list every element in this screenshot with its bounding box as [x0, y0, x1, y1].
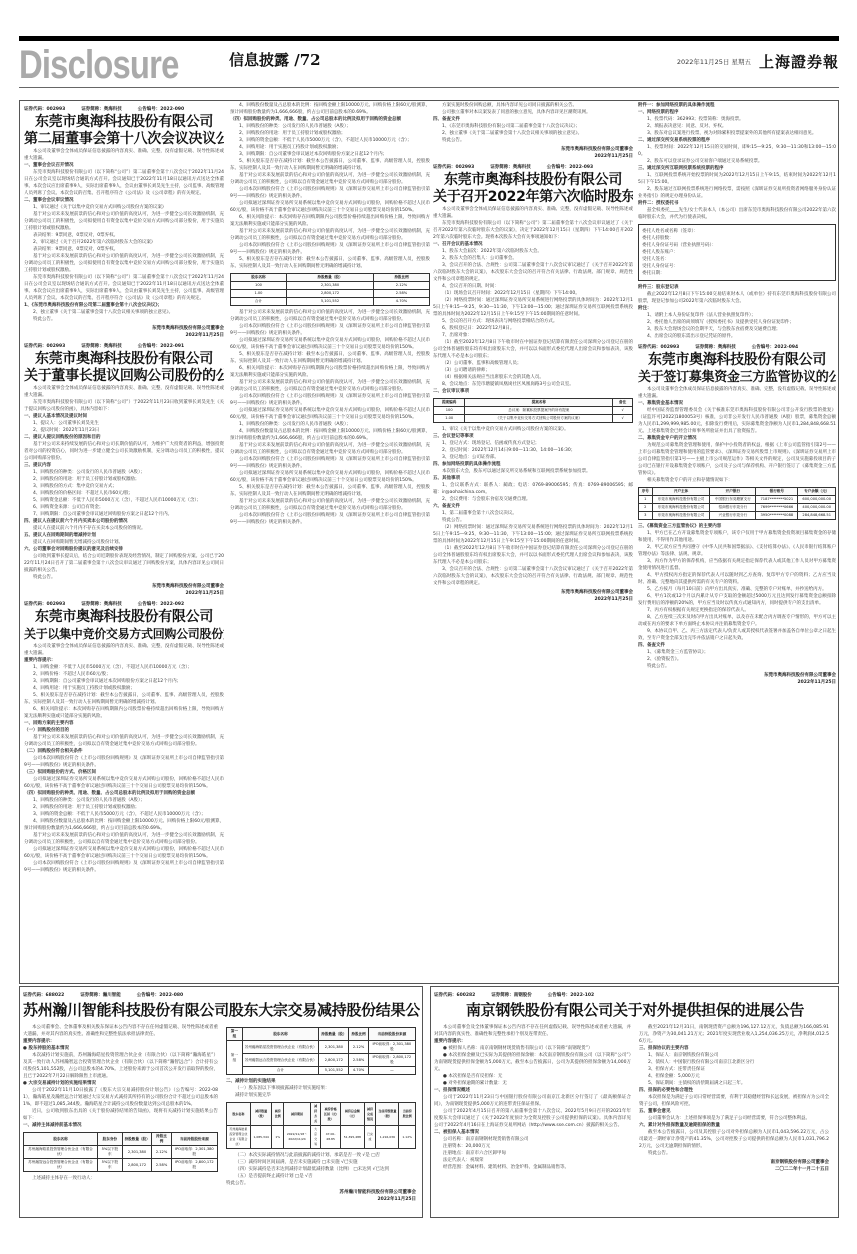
paragraph: 特此公告。 [639, 1150, 829, 1157]
paragraph: 1、互联网投票系统开始投票的时间为2022年12月15日上午9:15，结束时间为… [638, 172, 836, 186]
table-cell: 7699********0666 [756, 504, 798, 512]
form-field: 委托日期： [642, 270, 832, 277]
column-4: 附件一：参加网络投票的具体操作流程 一、网络投票的程序 1、投票代码：36299… [638, 102, 836, 980]
paragraph: 公司拟通过深圳证券交易所交易系统以集中竞价交易方式回购公司股份，回购价格不超过人… [230, 200, 430, 214]
paragraph: 本公司董事会、全体董事及相关股东保证本公告内容不存在任何虚假记载、误导性陈述或者… [23, 1024, 218, 1038]
announcement-no: 公告编号：2022-090 [138, 106, 184, 112]
table-cell: 招商银行东莞分行 [710, 504, 756, 512]
paragraph: 1、《募集资金三方监管协议》； [638, 649, 836, 656]
table-header: 提案名称 [465, 399, 613, 407]
announcement-body: 二、减持计划的实施结果 （一）股东因以下事项披露减持计划实施结果： 减持计划实施… [226, 1078, 416, 1099]
section-heading: 附件三：股东登记表 [638, 284, 836, 291]
section-heading: 重要内容提示： [434, 1038, 631, 1045]
table-cell: 东莞市奥海科技股份有限公司 [652, 496, 710, 504]
paragraph: 相关募集资金专户的开立和存储情况如下： [638, 477, 836, 484]
announcement-meta: 证券代码：002993 证券简称：奥海科技 公告编号：2022-094 [638, 344, 836, 350]
table-cell: IPO前取得：2,301,380股 [368, 1041, 415, 1054]
paragraph: 2、股东可以登录证券公司交易客户端通过交易系统投票。 [638, 158, 836, 165]
table-cell: 1,216,036 [376, 1126, 399, 1149]
section-heading: 四、参加网络投票的具体操作流程 [433, 461, 633, 468]
paragraph: 本公司及董事会全体成员保证信息披露的内容真实、准确、完整，没有虚假记载、误导性陈… [24, 148, 224, 162]
form-field: 委托人股东账户： [642, 249, 832, 256]
paragraph: 1、回购股份的种类：公司发行的人民币普通股（A股）； [24, 797, 224, 804]
table-header: 股东名称 [24, 1133, 98, 1146]
section-heading: 二、会议审议事项 [433, 388, 633, 395]
masthead: Disclosure 信息披露 /72 2022年11月25日 星期五 上海證券… [19, 41, 839, 87]
section-title: 信息披露 /72 [229, 49, 321, 70]
table-header: 减持完成情况 [364, 1103, 376, 1126]
paragraph: 6、相关风险提示：本次回购存在回购期限内公司股票价格持续超出回购价格上限，导致回… [230, 214, 430, 228]
paragraph: 2、回购股份的用途：用于员工持股计划或股权激励； [24, 804, 224, 811]
paragraph: 兹全权委托____先生/女士代表本人（本公司）出席东莞市奥海科技股份有限公司20… [638, 207, 836, 221]
concert-party-table: 第一组 股东名称 持股数量（股） 持股比例 当前持股股份来源 第一组 苏州瀚海皓… [226, 1027, 416, 1075]
section-heading: 六、累计对外担保数量及逾期担保的数量 [639, 1122, 829, 1129]
paragraph: 基于对公司未来发展前景的信心和对公司价值的高度认可，为进一步健全公司长效激励机制… [230, 309, 430, 323]
paragraph: 8、会议地点：东莞市塘厦镇凤凰岗社区凤凰岗路3号公司会议室。 [433, 381, 633, 388]
section-heading: 二、通过深交所交易系统投票的程序 [638, 137, 836, 144]
paragraph: 为规范公司募集资金管理和使用，保护中小投资者的权益，根据《上市公司监管指引第2号… [638, 442, 836, 477]
paragraph: 本公司及董事会全体成员保证信息披露的内容真实、准确、完整，没有虚假记载、误导性陈… [433, 206, 633, 220]
paragraph: 本公司董事会及全体董事保证本公告内容不存在任何虚假记载、误导性陈述或者重大遗漏，… [434, 1024, 631, 1038]
table-cell: 47.00-48.85 [321, 1126, 341, 1149]
table-cell: 100 [434, 407, 465, 415]
paragraph: 表决结果：9票同意，0票反对，0票弃权。 [24, 246, 224, 253]
stock-code: 证券代码：002993 [24, 343, 65, 349]
announcement-body: 本公司及董事会全体成员保证信息披露的内容真实、准确、完整，没有虚假记载、误导性陈… [433, 206, 633, 395]
announcement-hanchuan: 证券代码：688022 证券简称：瀚川智能 公告编号：2022-080 苏州瀚川… [23, 988, 420, 1216]
table-row: 3 东莞市奥海科技股份有限公司 兴业银行东莞分行 3950********008… [639, 512, 836, 520]
table-row: 合计 5,101,552 4.70% — [227, 1067, 416, 1075]
announcement-meta: 证券代码：688022 证券简称：瀚川智能 公告编号：2022-080 [23, 992, 420, 998]
announcement-no: 公告编号：2022-093 [547, 164, 593, 170]
right-subcolumn: 截至2021年12月31日，南钢现货资产总额为196,127.12万元，负债总额… [639, 1024, 829, 1173]
stock-code: 证券代码：002993 [433, 164, 474, 170]
paragraph: 6、相关风险提示：本次回购存在回购期限内公司股票价格持续超出回购价格上限，导致回… [24, 706, 224, 720]
stock-abbr: 证券简称：奥海科技 [81, 601, 122, 607]
signature-org: 苏州瀚川智能科技股份有限公司董事会 [226, 1189, 416, 1196]
section-heading: 一、董事会会议召开情况 [24, 162, 224, 169]
table-cell: 中国银行东莞塘厦支行 [710, 496, 756, 504]
announcement-title-line: 第二届董事会第十八次会议决议公告 [24, 131, 224, 148]
right-subcolumn: 第一组 股东名称 持股数量（股） 持股比例 当前持股股份来源 第一组 苏州瀚海皓… [226, 1024, 416, 1203]
share-structure-table: 股东名称 持股数量（股） 持股比例 1002,301,3802.12% 1.00… [230, 273, 430, 306]
table-row: 苏州瀚海皓星投资管理合伙企业（有限合伙） 1,085,344 1% 2022/1… [227, 1126, 416, 1149]
section-heading: 二、募集资金专户的开立情况 [638, 435, 836, 442]
stock-abbr: 证券简称：奥海科技 [81, 106, 122, 112]
table-cell: 第一组 [227, 1041, 243, 1075]
announcement-no: 公告编号：2022-102 [548, 992, 594, 998]
paragraph: 4、担保金额：5,000万元 [639, 1073, 829, 1080]
table-cell: 2022/11/18～2022/11/24 [283, 1126, 310, 1149]
paragraph: 减持计划实施完毕 [226, 1092, 416, 1099]
paragraph: 2、股东通过互联网投票系统进行网络投票，需按照《深圳证券交易所投资者网络服务身份… [638, 186, 836, 200]
section-heading: 五、其他事项 [433, 475, 633, 482]
table-header: 股东名称 [231, 274, 287, 282]
paragraph: 经营范围：金属材料、建筑材料、冶金炉料、金属制品销售等。 [434, 1164, 631, 1171]
announcement-body: 本公司及董事会全体成员保证信息披露的内容真实、准确、完整，没有虚假记载、误导性陈… [24, 643, 224, 874]
table-row: 1.002,800,1722.58% [231, 290, 430, 298]
table-cell: 1.00 [231, 290, 287, 298]
table-header: 减持价格区间（元/股） [321, 1103, 341, 1126]
paragraph: 2、债权人：中国银行股份有限公司南京江北新区分行 [639, 1059, 829, 1066]
table-cell: 东莞市奥海科技股份有限公司 [652, 504, 710, 512]
stock-abbr: 证券简称：奥海科技 [490, 164, 531, 170]
section-heading: 四、备查文件 [433, 116, 633, 123]
section-heading: 五、提议人在回购期间的增减持计划 [24, 532, 224, 539]
paragraph: 基于对公司未来持续发展的信心和对公司长期价值的认可，为维护广大投资者的利益，增强… [24, 441, 224, 462]
table-header: 序号 [639, 488, 653, 496]
paragraph: 2、回购价格：不超过人民币60元/股； [24, 671, 224, 678]
paragraph: 1、股东大会届次：2022年第六次临时股东大会。 [433, 248, 633, 255]
paragraph: 7、回购期限：自公司董事会审议通过回购股份方案之日起12个月内。 [24, 511, 224, 518]
table-header: 减持数量（股） [250, 1103, 272, 1126]
signature: 东莞市奥海科技股份有限公司董事会 2022年11月25日 [24, 325, 224, 339]
paragraph: 公司拟通过深圳证券交易所交易系统以集中竞价交易方式回购公司股份，回购价格不超过人… [24, 846, 224, 860]
paragraph: 4、回购股份的价格区间：不超过人民币60元/股； [24, 490, 224, 497]
announcement-meta: 证券代码：600282 证券简称：南钢股份 公告编号：2022-102 [434, 992, 836, 998]
paragraph: ● 本次担保是否有反担保：无 [434, 1073, 631, 1080]
table-cell: 1,085,344 [250, 1126, 272, 1149]
table-header: 当前持股股份来源 [171, 1133, 217, 1146]
table-header: 减持方式 [311, 1103, 321, 1126]
paragraph: 公司拟通过深圳证券交易所交易系统以集中竞价交易方式回购公司股份，回购价格不超过人… [230, 407, 430, 421]
section-heading: （二）回购股份符合相关条件 [24, 748, 224, 755]
table-cell: 苏州瀚海皓星投资管理合伙企业（有限合伙） [227, 1126, 251, 1149]
table-cell: 大宗交易 [311, 1126, 321, 1149]
paragraph: 东莞市奥海科技股份有限公司（以下简称“公司”）第二届董事会第十八次会议于2022… [24, 274, 224, 302]
table-header: 持股比例 [374, 274, 430, 282]
table-row: 第一组 苏州瀚海皓星投资管理合伙企业（有限合伙） 2,301,380 2.12%… [227, 1041, 416, 1054]
table-cell: 5,101,552 [286, 298, 373, 306]
section-heading: 四、担保的必要性和合理性 [639, 1087, 829, 1094]
proxy-form: 委托人姓名或名称（签章）： 委托人持股数： 委托人身份证号码（营业执照号码）： … [638, 224, 836, 281]
left-subcolumn: 本公司董事会及全体董事保证本公告内容不存在任何虚假记载、误导性陈述或者重大遗漏，… [434, 1024, 631, 1173]
paragraph: ● 本次担保金额及已实际为其提供的担保余额：本次南京钢铁股份有限公司（以下简称“… [434, 1052, 631, 1073]
column-3: 方案实施时股份回购总额，具体内容详见公司同日披露的相关公告。 公司独立董事对本议… [433, 102, 633, 980]
escrow-account-table: 序号 开户主体 开户银行 银行账号 专户余额（元） 1 东莞市奥海科技股份有限公… [638, 487, 836, 520]
paragraph: 2、回购股份的用途：用于员工持股计划或股权激励； [24, 476, 224, 483]
paragraph: 公司本次回购股份符合《上市公司股份回购规则》及《深圳证券交易所上市公司自律监管指… [230, 393, 430, 407]
paragraph: 6、股权登记日：2022年12月8日。 [433, 325, 633, 332]
paragraph: 公司拟通过深圳证券交易所交易系统以集中竞价交易方式回购公司股份，回购价格不超过人… [230, 470, 430, 484]
paragraph: （一）股东因以下事项披露减持计划实施结果： [226, 1085, 416, 1092]
paragraph: ● 对外担保逾期的累计数量：无 [434, 1080, 631, 1087]
announcement-title-line: 关于以集中竞价交易方式回购公司股份方案的公告 [24, 626, 224, 643]
section-heading: 一、担保情况概述 [434, 1087, 631, 1094]
paragraph: 1、登记方式：现场登记、信函或传真方式登记； [433, 440, 633, 447]
paragraph: 1、审议《关于以集中竞价交易方式回购公司股份方案的议案》。 [433, 426, 633, 433]
table-cell: 总议案：除累积投票提案外的所有提案 [465, 407, 613, 415]
table-row: 合计5,101,5524.70% [231, 298, 430, 306]
paragraph: 3、会议召开的合法、合规性：公司第二届董事会第十八次会议审议通过了《关于召开20… [433, 262, 633, 283]
section-heading: 一、募集资金基本情况 [638, 400, 836, 407]
table-header: 专户余额（元） [798, 488, 836, 496]
paragraph: 公司名称：南京南钢钢材现货销售有限公司 [434, 1136, 631, 1143]
paragraph: 基于对公司未来发展前景的信心和对公司价值的高度认可，为进一步健全公司长效激励机制… [24, 734, 224, 748]
announcement-body: 本公司董事会、全体董事及相关股东保证本公告内容不存在任何虚假记载、误导性陈述或者… [23, 1024, 218, 1129]
section-heading: 一、召开会议的基本情况 [433, 241, 633, 248]
announcement-meta: 证券代码：002993 证券简称：奥海科技 公告编号：2022-090 [24, 106, 224, 112]
table-cell: 7187********5021 [756, 496, 798, 504]
paragraph: 1、第二届董事会第十八次会议决议。 [433, 510, 633, 517]
table-cell: 已完成 [364, 1126, 376, 1149]
paragraph: 2、甲乙双方应当共同遵守《中华人民共和国票据法》、《支付结算办法》、《人民币银行… [638, 544, 836, 558]
paragraph: 公司收到董事长提议后，结合公司近期股价表现及经营情况，制定了回购股份方案。公司已… [24, 553, 224, 574]
left-subcolumn: 本公司董事会、全体董事及相关股东保证本公告内容不存在任何虚假记载、误导性陈述或者… [23, 1024, 218, 1203]
table-cell: 4.70% [349, 1067, 368, 1075]
paragraph: 4、回购股份数量及占总股本的比例：按回购金额上限10000万元、回购价格上限60… [230, 102, 430, 116]
section-heading: （三）拟回购股份的方式、价格区间 [24, 769, 224, 776]
paragraph: 提议人在回购期间暂无增减持公司股份计划。 [24, 539, 224, 546]
paragraph: 2、会议费用：与会股东食宿及交通费自理。 [433, 496, 633, 503]
paragraph: 东莞市奥海科技股份有限公司（以下简称“公司”）第二届董事会第十八次会议于2022… [24, 169, 224, 197]
table-header: 股东名称 [242, 1028, 319, 1041]
paragraph: 基于对公司未来发展前景的信心和对公司价值的高度认可，为进一步健全公司长效激励机制… [230, 228, 430, 242]
table-cell: 2.58% [349, 1054, 368, 1067]
announcement-meta: 证券代码：002993 证券简称：奥海科技 公告编号：2022-092 [24, 601, 224, 607]
table-cell: 2.58% [374, 290, 430, 298]
paragraph: 特此公告。 [226, 1180, 416, 1187]
paragraph: 1、投票代码：362993；投票简称：奥海投票。 [638, 116, 836, 123]
masthead-logo: Disclosure [19, 43, 179, 87]
table-header: 当前持股比例 [399, 1103, 416, 1126]
paragraph: （2）公司董事、监事和高级管理人员； [433, 360, 633, 367]
paragraph: 3、股东大会现场会议的会期半天，与会股东食宿费及交通费自理； [638, 326, 836, 333]
table-header: 股东名称 [227, 1103, 251, 1126]
paragraph: 1、投票时间：2022年12月15日的交易时间，即9:15—9:25，9:30—… [638, 144, 836, 158]
announcement-board-resolution: 证券代码：002993 证券简称：奥海科技 公告编号：2022-090 东莞市奥… [24, 106, 224, 339]
paragraph: （2）网络投票时间：通过深圳证券交易所交易系统进行网络投票的具体时间为：2022… [433, 297, 633, 318]
paragraph: 特此公告。 [433, 517, 633, 524]
table-cell: IPO前取得：2,800,172股 [368, 1054, 415, 1067]
paragraph: 2、填报表决意见：同意、反对、弃权。 [638, 123, 836, 130]
stock-abbr: 证券简称：南钢股份 [491, 992, 532, 998]
paragraph: 5、保证期间：主债权的清偿期届满之日起三年。 [639, 1080, 829, 1087]
paragraph: （1）现场会议召开时间：2022年12月15日（星期四）下午14:00。 [433, 290, 633, 297]
announcement-meta: 证券代码：002993 证券简称：奥海科技 公告编号：2022-093 [433, 164, 633, 170]
section-heading: 附注： [638, 305, 836, 312]
paragraph: 2、委托他人出席的尚须填写《授权委托书》及提供受托人身份证复印件； [638, 319, 836, 326]
paragraph: 2、审议通过《关于召开2022年第六次临时股东大会的议案》 [24, 239, 224, 246]
paragraph: 4、出席会议的股东需出示登记凭证的原件。 [638, 333, 836, 340]
announcement-no: 公告编号：2022-080 [137, 992, 183, 998]
table-cell: 合计 [231, 298, 287, 306]
paragraph: 7、出席对象： [433, 332, 633, 339]
announcement-no: 公告编号：2022-092 [138, 601, 184, 607]
table-cell: 苏州瀚海皓星投资管理合伙企业（有限合伙） [242, 1041, 319, 1054]
paragraph: 本次担保是为满足子公司日常经营需要，有利于其稳健经营和长远发展，被担保方为公司全… [639, 1094, 829, 1108]
table-cell: 1.12% [399, 1126, 416, 1149]
announcement-title: 南京钢铁股份有限公司关于对外提供担保的进展公告 [434, 1000, 836, 1020]
paragraph: 基于对公司未来发展前景的信心和对公司价值的高度认可，为进一步健全公司长效激励机制… [230, 172, 430, 186]
paragraph: （1）截至2022年12月8日下午收市时在中国证券登记结算有限责任公司深圳分公司… [433, 339, 633, 360]
paragraph: 1、审议通过《关于以集中竞价交易方式回购公司股份方案的议案》 [24, 204, 224, 211]
paragraph: 特此公告。 [24, 316, 224, 323]
paragraph: 2、提议时间：2022年11月23日 [24, 427, 224, 434]
paragraph: 1、保证人：南京钢铁股份有限公司 [639, 1052, 829, 1059]
announcement-body: 本公司及董事会全体成员保证信息披露的内容真实、准确、完整，没有虚假记载、误导性陈… [24, 148, 224, 323]
table-cell: 1.00 [434, 415, 465, 423]
paragraph: 1、回购股份的种类：公司发行的人民币普通股（A股）； [24, 469, 224, 476]
stock-code: 证券代码：002993 [24, 106, 65, 112]
table-cell: 2.12% [349, 1041, 368, 1054]
paragraph: （三）减持时间区间届满，是否未实施减持 □未实施 √已实施 [226, 1159, 416, 1166]
paragraph: 4、回购股份数量及占总股本的比例：按回购金额上限10000万元、回购价格上限60… [24, 818, 224, 832]
announcement-body: 本公司及董事会全体成员保证信息披露的内容真实、准确、完整，没有虚假记载、误导性陈… [638, 386, 836, 484]
table-cell: 5%以下股东 [98, 1159, 122, 1172]
paragraph: 3、登记地点：公司证券部。 [433, 454, 633, 461]
table-header: 减持总金额（元） [340, 1103, 364, 1126]
paragraph: 特此公告。 [433, 137, 633, 144]
table-cell: √ [613, 415, 633, 423]
reduction-result-table: 股东名称 减持数量（股） 减持比例 减持期间 减持方式 减持价格区间（元/股） … [226, 1102, 416, 1149]
paragraph: 公司董事会认为：上述担保事项是为了满足子公司经营需要，符合公司整体利益。 [639, 1115, 829, 1122]
table-cell: 《关于以集中竞价交易方式回购公司股份方案的议案》 [465, 415, 613, 423]
paragraph: 6、相关风险提示：本次回购存在回购期限内公司股票价格持续超出回购价格上限，导致回… [230, 365, 430, 379]
announcement-body: （二）本次实际减持情况与此前披露的减持计划、承诺是否一致 √是 □否 （三）减持… [226, 1152, 416, 1187]
announcement-title: 苏州瀚川智能科技股份有限公司股东大宗交易减持股份结果公告 [23, 1000, 420, 1020]
section-heading: 一、网络投票的程序 [638, 109, 836, 116]
stock-code: 证券代码：688022 [23, 992, 64, 998]
paragraph: 方案实施时股份回购总额，具体内容详见公司同日披露的相关公告。 [433, 102, 633, 109]
section-heading: 一、回购方案的主要内容 [24, 720, 224, 727]
paragraph: 4、甲方授权丙方指定的保荐代表人可以随时到乙方查询、复印甲方专户的资料；乙方应当… [638, 572, 836, 586]
section-heading: 三、提议内容 [24, 462, 224, 469]
paragraph: ● 被担保人名称：南京南钢钢材现货销售有限公司（以下简称“南钢现货”） [434, 1045, 631, 1052]
announcement-body: 1、审议《关于以集中竞价交易方式回购公司股份方案的议案》。 三、会议登记等事项 … [433, 426, 633, 587]
paragraph: 上述减持主体存在一致行动人： [23, 1175, 218, 1182]
signature-org: 东莞市奥海科技股份有限公司董事会 [433, 589, 633, 596]
paragraph: 公司本次回购股份符合《上市公司股份回购规则》及《深圳证券交易所上市公司自律监管指… [24, 755, 224, 769]
masthead-bottom-rule [19, 87, 839, 88]
signature-date: 2022年11月25日 [433, 596, 633, 603]
paragraph: 5、相关股东是否存在减持计划：截至本公告披露日，公司董事、监事、高级管理人员，控… [230, 256, 430, 270]
paragraph: 公司拟通过深圳证券交易所交易系统以集中竞价交易方式回购公司股份，回购价格不超过人… [230, 337, 430, 351]
section-heading: （四）拟回购股份的种类、用途、数量、占公司总股本的比例及拟用于回购的资金总额 [230, 116, 430, 123]
table-cell: 兴业银行东莞分行 [710, 512, 756, 520]
paragraph: 3、回购期限：自公司董事会审议通过本次回购股份方案之日起12个月内； [24, 678, 224, 685]
section-heading: 一、提议人基本情况及提议时间 [24, 413, 224, 420]
table-header: 当前持股股份来源 [368, 1028, 415, 1041]
paragraph: 1、甲方已在乙方开设募集资金专项账户，该专户仅用于甲方募集资金投资项目募集资金的… [638, 530, 836, 544]
table-cell: 5,101,552 [319, 1067, 349, 1075]
stock-abbr: 证券简称：瀚川智能 [80, 992, 121, 998]
table-cell: 2 [639, 504, 653, 512]
paragraph: （五）是否提前终止减持计划 □是 √否 [226, 1173, 416, 1180]
table-cell: 3950********0088 [756, 512, 798, 520]
paragraph: （4）根据相关法规应当出席股东大会的其他人员。 [433, 374, 633, 381]
paragraph: 6、甲方1次或12个月以内累计从专户支取的金额超过5000万元且达到发行募集资金… [638, 593, 836, 607]
signature: 东莞市奥海科技股份有限公司董事会 2022年11月25日 [433, 589, 633, 603]
paragraph: 7、丙方有权根据有关规定更换指定的保荐代表人。 [638, 607, 836, 614]
announcement-body-continued: 方案实施时股份回购总额，具体内容详见公司同日披露的相关公告。 公司独立董事对本议… [433, 102, 633, 144]
paragraph: 5、相关股东是否存在减持计划：截至本公告披露日，公司董事、监事、高级管理人员，控… [24, 692, 224, 706]
announcement-title-line: 关于签订募集资金三方监管协议的公告 [638, 369, 836, 386]
announcement-title-line: 关于召开2022年第六次临时股东大会的通知 [433, 189, 633, 206]
section-heading: 三、通过深交所互联网投票系统投票的程序 [638, 165, 836, 172]
paragraph: 5、乙方按月（每月10日前）向甲方出具真实、准确、完整的专户对账单，并抄送给丙方… [638, 586, 836, 593]
table-cell: 苏州瀚智远合投资管理合伙企业（有限合伙） [24, 1159, 98, 1172]
announcement-shareholder-meeting: 证券代码：002993 证券简称：奥海科技 公告编号：2022-093 东莞市奥… [433, 164, 633, 603]
paragraph: （3）公司聘请的律师； [433, 367, 633, 374]
section-heading: 二、董事会会议审议情况 [24, 197, 224, 204]
paragraph: 经中国证券监督管理委员会《关于核准东莞市奥海科技股份有限公司非公开发行股票的批复… [638, 407, 836, 435]
paragraph: 5、相关股东是否存在减持计划：截至本公告披露日，公司董事、监事、高级管理人员，控… [230, 484, 430, 498]
paragraph: 4、回购用途：用于实施员工持股计划或股权激励； [24, 685, 224, 692]
paragraph: 2、独立董事《关于第二届董事会第十八次会议相关事项的独立意见》。 [433, 130, 633, 137]
paragraph: 1、回购股份的种类：公司发行的人民币普通股（A股）； [230, 421, 430, 428]
form-field: 委托人身份证号码（营业执照号码）： [642, 242, 832, 249]
table-header: 持股数量（股） [122, 1133, 152, 1146]
paragraph: 基于对公司未来发展前景的信心和对公司价值的高度认可，为进一步健全公司长效激励机制… [24, 211, 224, 232]
section-heading: 五、董事会意见 [639, 1108, 829, 1115]
table-header: 持股比例 [349, 1028, 368, 1041]
table-header: 持股比例 [152, 1133, 171, 1146]
announcement-body-continued: 4、回购股份数量及占总股本的比例：按回购金额上限10000万元、回购价格上限60… [230, 102, 430, 270]
shareholder-basic-table: 股东名称 股东身份 持股数量（股） 持股比例 当前持股股份来源 苏州瀚海皓星投资… [23, 1132, 218, 1172]
announcement-title-line: 东莞市奥海科技股份有限公司 [433, 172, 633, 189]
paragraph: 公司本次回购股份符合《上市公司股份回购规则》及《深圳证券交易所上市公司自律监管指… [230, 512, 430, 526]
table-header: 开户银行 [710, 488, 756, 496]
paragraph: 9、本协议自甲、乙、丙三方法定代表人/负责人或其授权代表签署并加盖各自单位公章之… [638, 628, 836, 642]
form-field: 受托人签名： [642, 256, 832, 263]
section-heading: （四）拟回购股份的种类、用途、数量、占公司总股本的比例及拟用于回购的资金总额 [24, 790, 224, 797]
announcement-repurchase-plan: 证券代码：002993 证券简称：奥海科技 公告编号：2022-092 东莞市奥… [24, 601, 224, 874]
paragraph: 5、回购资金总额：不低于人民币5000万元（含），不超过人民币10000万元（含… [24, 497, 224, 504]
table-header: 备注 [613, 399, 633, 407]
paragraph: 5、相关股东是否存在减持计划：截至本公告披露日，公司董事、监事、高级管理人员，控… [230, 351, 430, 365]
announcement-supervision-agreement: 证券代码：002993 证券简称：奥海科技 公告编号：2022-094 东莞市奥… [638, 344, 836, 686]
paragraph: 5、相关股东是否存在减持计划：截至本公告披露日，公司董事、监事、高级管理人员，控… [230, 158, 430, 172]
column-2: 4、回购股份数量及占总股本的比例：按回购金额上限10000万元、回购价格上限60… [230, 102, 430, 980]
table-cell: 2.12% [374, 282, 430, 290]
paragraph: 近日，公司收到股东出具的《关于股份减持结果的告知函》，现将有关减持计划实施结果公… [23, 1108, 218, 1122]
paragraph: 2、回购股份的用途：用于员工持股计划或股权激励； [230, 130, 430, 137]
signature-org: 东莞市奥海科技股份有限公司董事会 [638, 672, 836, 679]
paragraph: 特此公告。 [638, 663, 836, 670]
signature: 苏州瀚川智能科技股份有限公司董事会 2022年11月25日 [226, 1189, 416, 1203]
signature-org: 东莞市奥海科技股份有限公司董事会 [24, 325, 224, 332]
paragraph: 基于对公司未来发展前景的信心和对公司价值的高度认可，为进一步健全公司长效激励机制… [24, 253, 224, 274]
table-cell: 1% [272, 1126, 283, 1149]
section-heading: 三、担保协议的主要内容 [639, 1045, 829, 1052]
paragraph: 截至本公告披露日，公司及其控股子公司对外担保总额为人民币1,043,596.22… [639, 1129, 829, 1150]
paragraph: 提议人在提议前六个月内不存在买卖本公司股份的情况。 [24, 525, 224, 532]
section-heading: ● 大宗交易减持计划的实施结果情况 [23, 1080, 218, 1087]
table-row: 1 东莞市奥海科技股份有限公司 中国银行东莞塘厦支行 7187********5… [639, 496, 836, 504]
table-header: 减持期间 [283, 1103, 310, 1126]
section-heading: 六、备查文件 [433, 503, 633, 510]
table-row: 苏州瀚智远合投资管理合伙企业（有限合伙） 2,800,172 2.58% IPO… [227, 1054, 416, 1067]
column-1: 证券代码：002993 证券简称：奥海科技 公告编号：2022-090 东莞市奥… [24, 102, 224, 980]
announcement-title-line: 东莞市奥海科技股份有限公司 [638, 352, 836, 369]
section-heading: 二、提议人提议回购股份的原因和目的 [24, 434, 224, 441]
two-column-body: 本公司董事会及全体董事保证本公告内容不存在任何虚假记载、误导性陈述或者重大遗漏，… [434, 1024, 836, 1173]
signature: 东莞市奥海科技股份有限公司董事会 2022年11月25日 [433, 146, 633, 160]
paragraph: 2、《验资报告》。 [638, 656, 836, 663]
table-cell: 2.58% [152, 1159, 171, 1172]
announcement-nangang: 证券代码：600282 证券简称：南钢股份 公告编号：2022-102 南京钢铁… [434, 988, 836, 1216]
signature-org: 南京钢铁股份有限公司董事会 [639, 1159, 829, 1166]
section-heading: 六、公司董事会对回购股份提议的意见及后续安排 [24, 546, 224, 553]
table-cell: 400,000,000.00 [798, 504, 836, 512]
stock-abbr: 证券简称：奥海科技 [81, 343, 122, 349]
table-header: 持股数量（股） [319, 1028, 349, 1041]
announcement-body: 截至2021年12月31日，南钢现货资产总额为196,127.12万元，负债总额… [639, 1024, 829, 1157]
table-cell: 合计 [242, 1067, 319, 1075]
paragraph: 3、回购期限：自公司董事会审议通过本次回购股份方案之日起12个月内； [230, 151, 430, 158]
table-row: 1.00 《关于以集中竞价交易方式回购公司股份方案的议案》 √ [434, 415, 633, 423]
